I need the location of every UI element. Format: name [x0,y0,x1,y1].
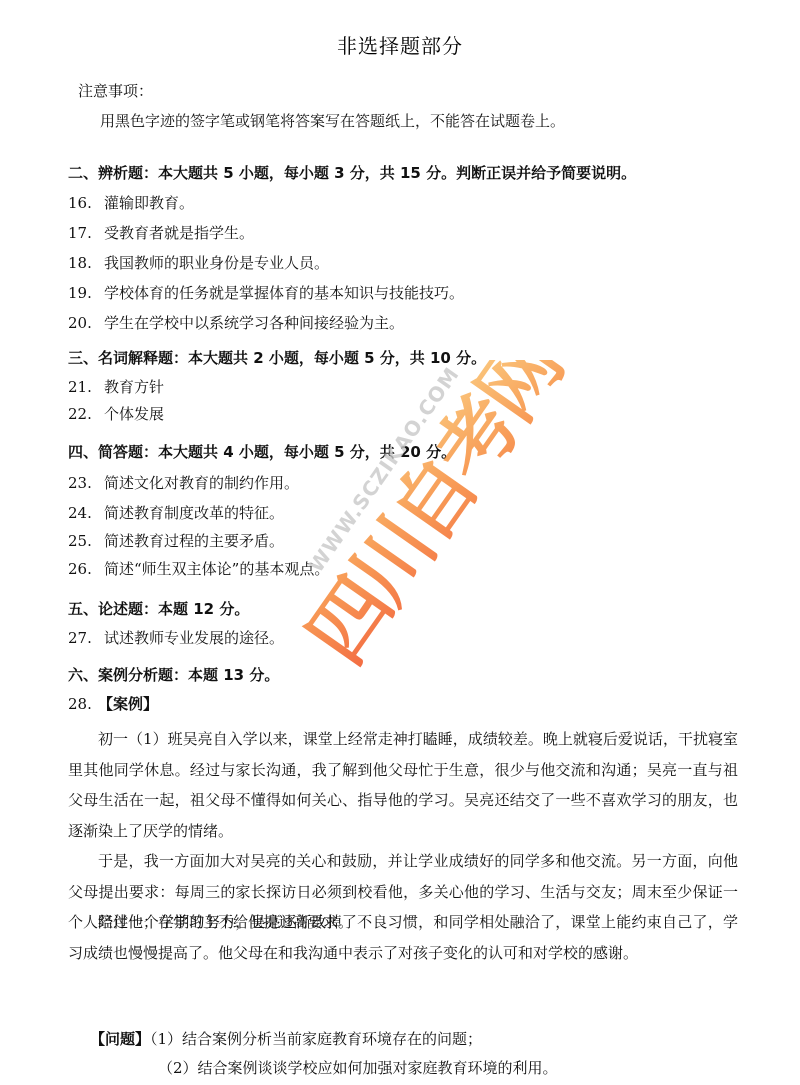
question-text: 学生在学校中以系统学习各种间接经验为主。 [104,314,404,332]
question-number: 21. [68,378,104,396]
section-heading-3: 三、名词解释题：本大题共 2 小题，每小题 5 分，共 10 分。 [68,347,486,368]
case-label: 【案例】 [98,695,158,713]
case-question-1: 【问题】（1）结合案例分析当前家庭教育环境存在的问题； [90,1028,482,1049]
page-title: 非选择题部分 [0,30,800,59]
question-18: 18.我国教师的职业身份是专业人员。 [68,252,329,273]
question-20: 20.学生在学校中以系统学习各种间接经验为主。 [68,312,404,333]
notice-label: 注意事项： [78,80,153,101]
section-heading-2: 二、辨析题：本大题共 5 小题，每小题 3 分，共 15 分。判断正误并给予简要… [68,162,636,183]
question-26: 26.简述“师生双主体论”的基本观点。 [68,558,329,579]
question-number: 20. [68,314,104,332]
question-number: 24. [68,504,104,522]
section-heading-4: 四、简答题：本大题共 4 小题，每小题 5 分，共 20 分。 [68,441,456,462]
exam-page: 非选择题部分 注意事项： 用黑色字迹的签字笔或钢笔将答案写在答题纸上，不能答在试… [0,0,800,1085]
question-number: 18. [68,254,104,272]
case-question-text: （1）结合案例分析当前家庭教育环境存在的问题； [150,1030,482,1048]
question-text: 简述文化对教育的制约作用。 [104,474,299,492]
question-number: 17. [68,224,104,242]
notice-text: 用黑色字迹的签字笔或钢笔将答案写在答题纸上，不能答在试题卷上。 [100,110,760,131]
question-text: 简述“师生双主体论”的基本观点。 [104,560,329,578]
svg-text:WWW.SCZIKAO.COM: WWW.SCZIKAO.COM [304,362,464,576]
question-text: 受教育者就是指学生。 [104,224,254,242]
question-number: 26. [68,560,104,578]
question-number: 27. [68,629,104,647]
questions-label: 【问题】 [90,1030,150,1048]
question-text: 学校体育的任务就是掌握体育的基本知识与技能技巧。 [104,284,464,302]
question-22: 22.个体发展 [68,403,164,424]
question-text: 个体发展 [104,405,164,423]
question-text: 教育方针 [104,378,164,396]
question-number: 19. [68,284,104,302]
question-19: 19.学校体育的任务就是掌握体育的基本知识与技能技巧。 [68,282,464,303]
question-text: 我国教师的职业身份是专业人员。 [104,254,329,272]
question-16: 16.灌输即教育。 [68,192,194,213]
question-number: 22. [68,405,104,423]
question-number: 25. [68,532,104,550]
question-text: 灌输即教育。 [104,194,194,212]
case-paragraph-3: 经过一个学期的努力，吴亮逐渐改掉了不良习惯，和同学相处融洽了，课堂上能约束自己了… [68,907,738,968]
question-21: 21.教育方针 [68,376,164,397]
svg-text:四川自考网: 四川自考网 [290,360,580,680]
question-text: 试述教师专业发展的途径。 [104,629,284,647]
section-heading-5: 五、论述题：本题 12 分。 [68,598,249,619]
question-25: 25.简述教育过程的主要矛盾。 [68,530,284,551]
question-24: 24.简述教育制度改革的特征。 [68,502,284,523]
case-question-2: （2）结合案例谈谈学校应如何加强对家庭教育环境的利用。 [158,1057,558,1078]
question-text: 简述教育过程的主要矛盾。 [104,532,284,550]
question-number: 28. [68,695,98,713]
question-number: 16. [68,194,104,212]
question-27: 27.试述教师专业发展的途径。 [68,627,284,648]
question-number: 23. [68,474,104,492]
section-heading-6: 六、案例分析题：本题 13 分。 [68,664,279,685]
question-23: 23.简述文化对教育的制约作用。 [68,472,299,493]
question-17: 17.受教育者就是指学生。 [68,222,254,243]
question-28: 28.【案例】 [68,693,158,714]
question-text: 简述教育制度改革的特征。 [104,504,284,522]
case-paragraph-1: 初一（1）班吴亮自入学以来，课堂上经常走神打瞌睡，成绩较差。晚上就寝后爱说话，干… [68,724,738,846]
